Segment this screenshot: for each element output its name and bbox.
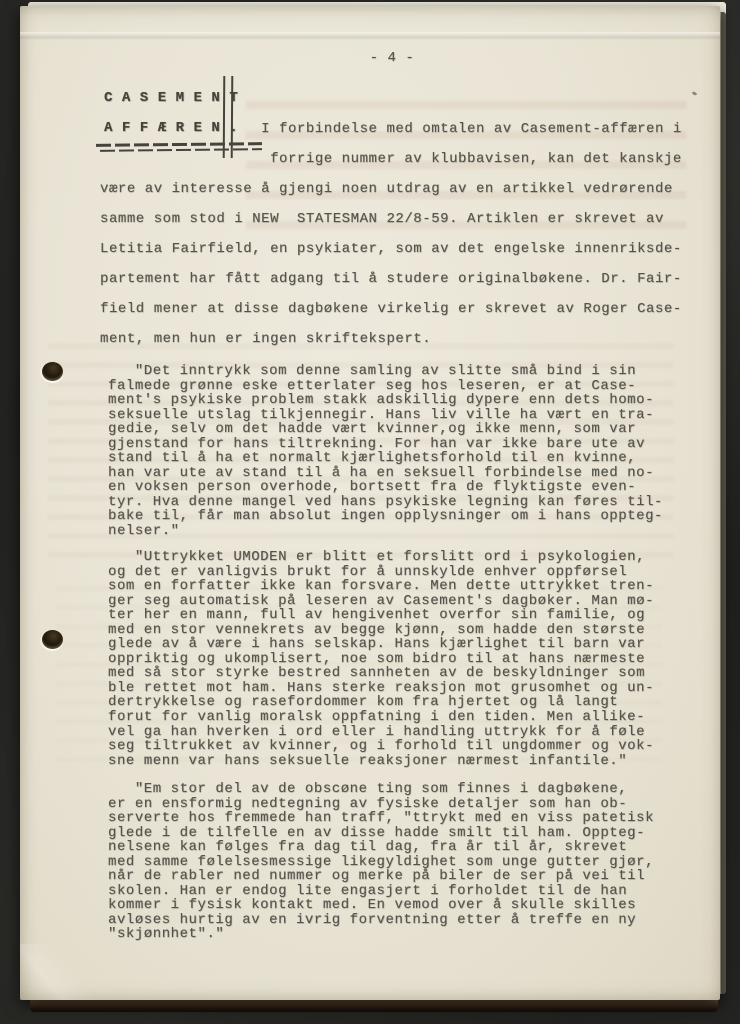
document-page: - 4 - C A S E M E N T A F F Æ R E N . I … bbox=[20, 6, 720, 1000]
paper-speck bbox=[692, 91, 698, 96]
quoted-paragraph-1: "Det inntrykk som denne samling av slitt… bbox=[108, 364, 663, 539]
page-number: - 4 - bbox=[342, 50, 442, 66]
paper-crease-top bbox=[20, 32, 720, 40]
punch-hole-bottom bbox=[42, 630, 63, 649]
quoted-paragraph-2: "Uttrykket UMODEN er blitt et forslitt o… bbox=[108, 550, 654, 768]
punch-hole-top bbox=[42, 362, 63, 381]
intro-paragraph: I forbindelse med omtalen av Casement-af… bbox=[100, 114, 682, 354]
paper-crease-corner bbox=[20, 944, 98, 1000]
article-title-line1: C A S E M E N T bbox=[104, 90, 238, 106]
quoted-paragraph-3: "Em stor del av de obscøne ting som finn… bbox=[108, 782, 654, 942]
scanned-document-photo: - 4 - C A S E M E N T A F F Æ R E N . I … bbox=[0, 0, 740, 1024]
